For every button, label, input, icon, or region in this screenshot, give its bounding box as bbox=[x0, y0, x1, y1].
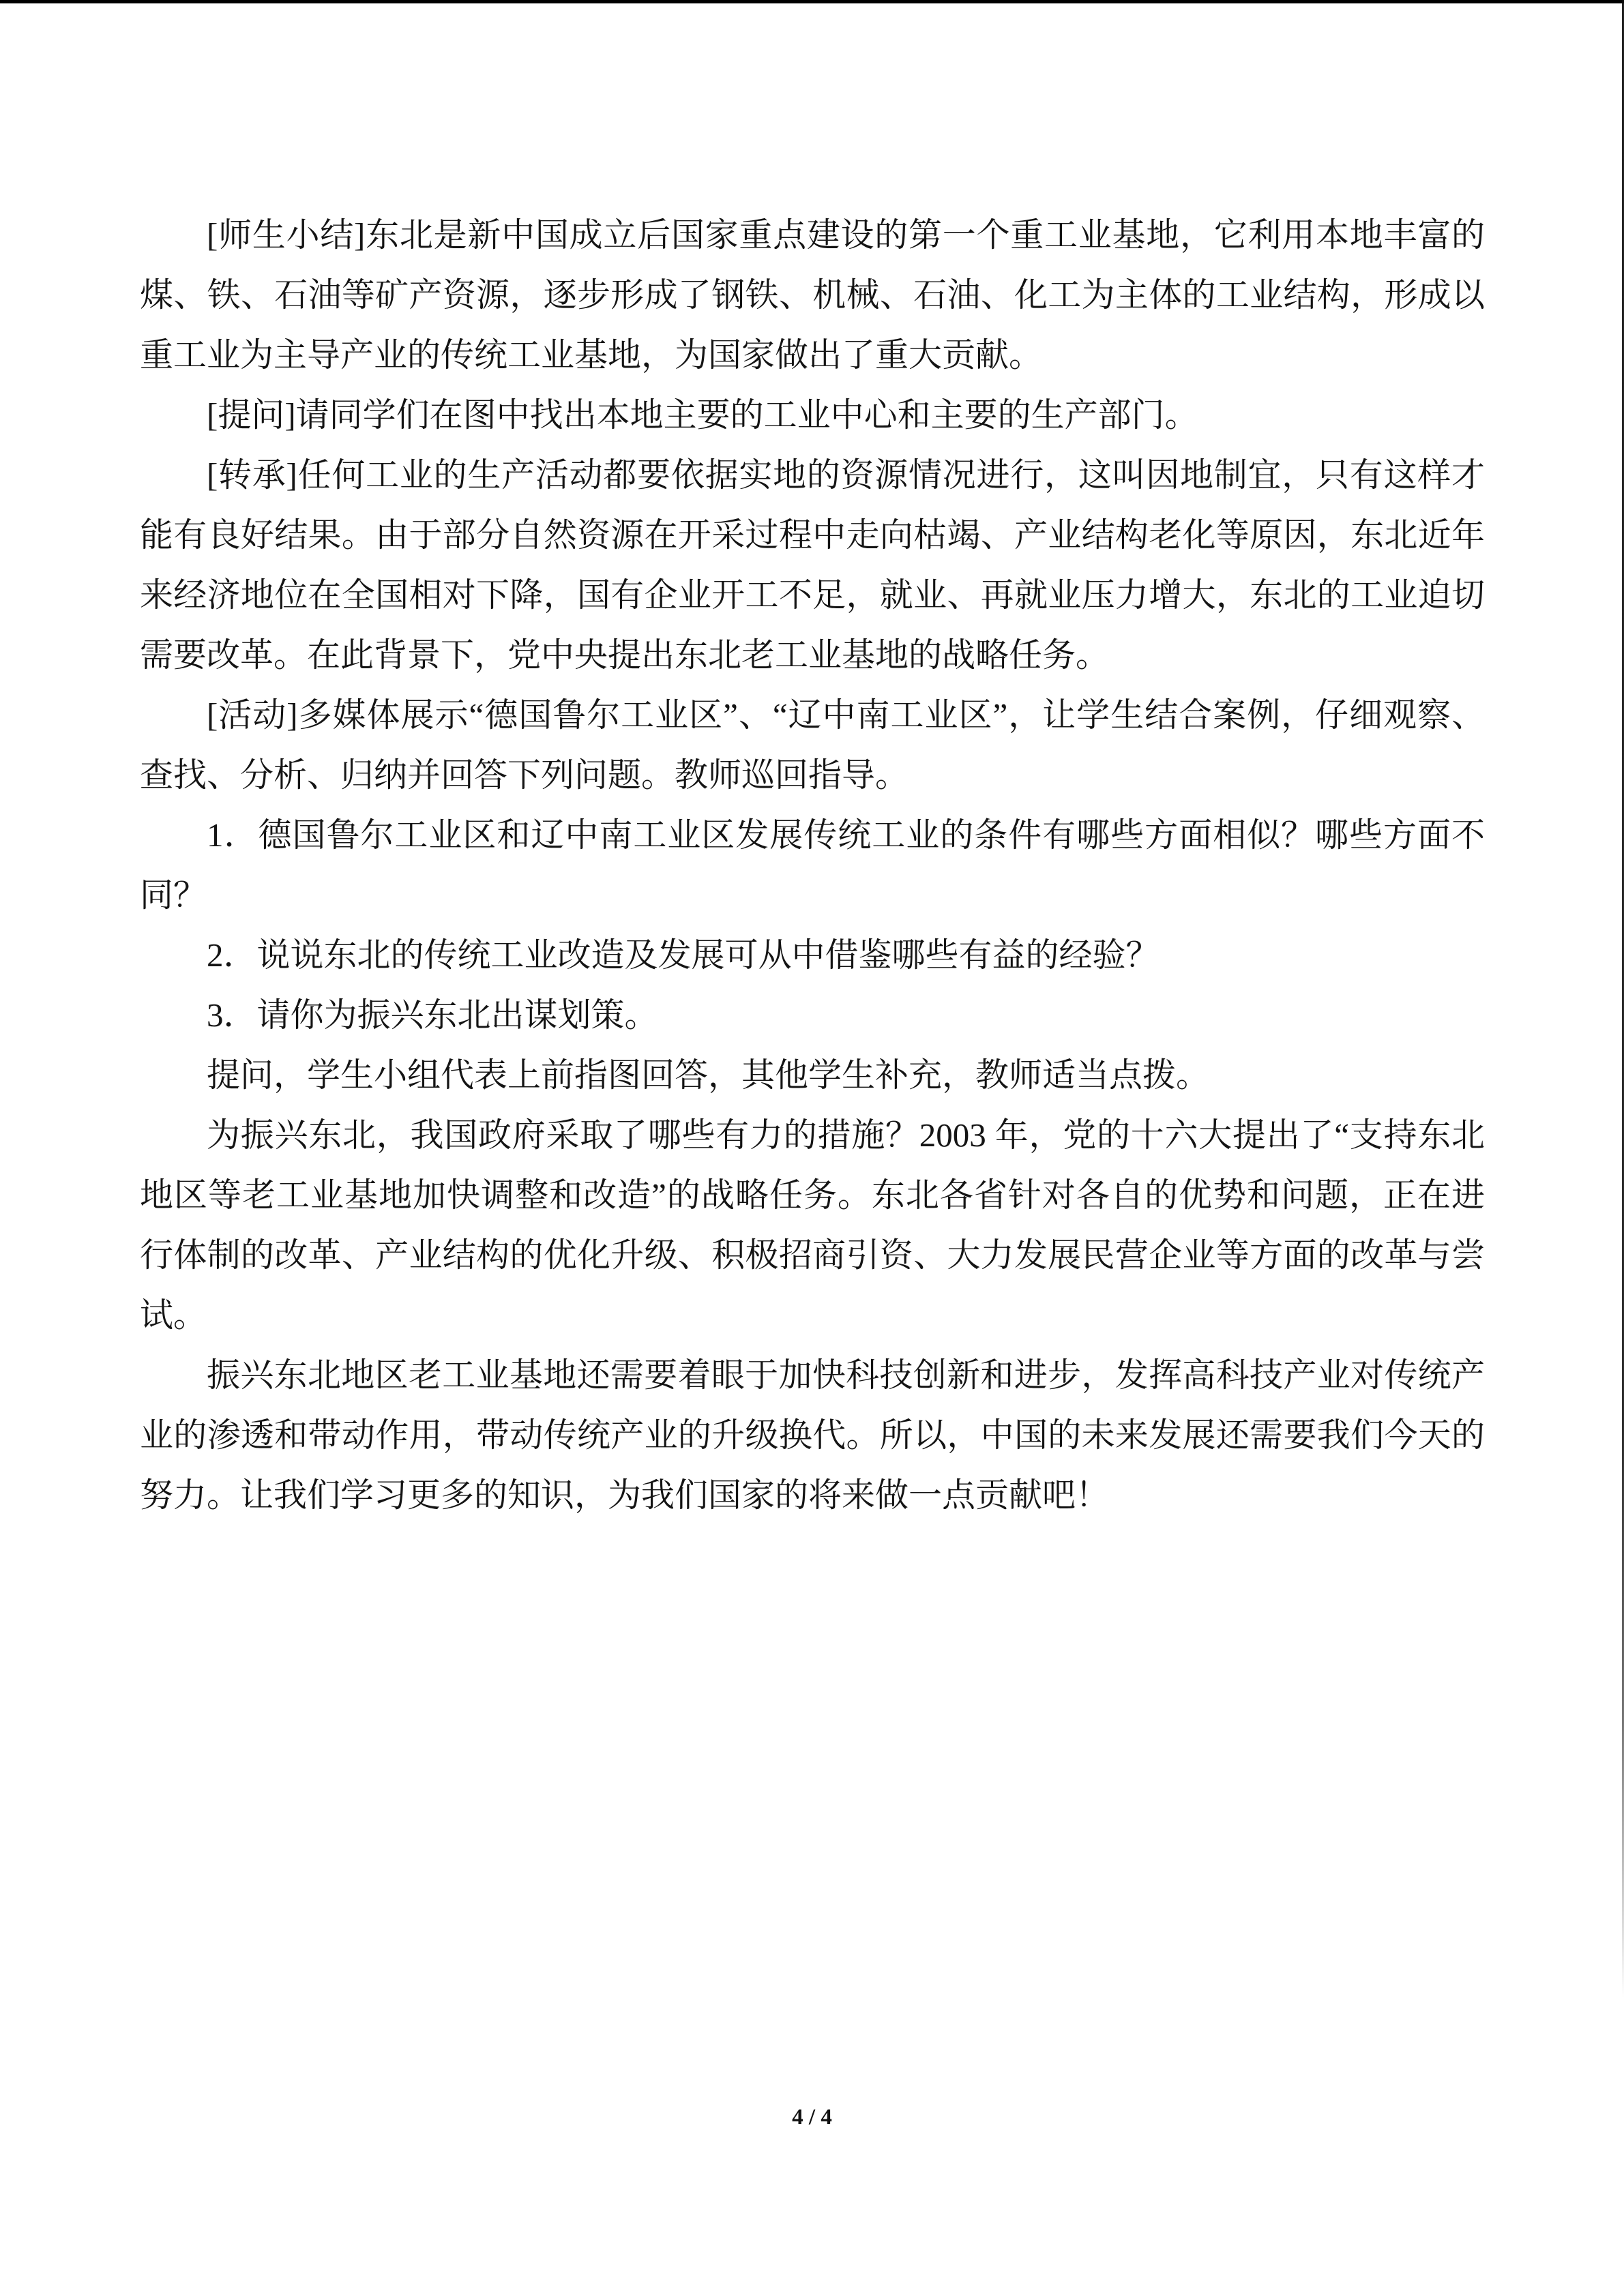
paragraph-question-prompt: [提问]请同学们在图中找出本地主要的工业中心和主要的生产部门。 bbox=[140, 385, 1485, 445]
paragraph-activity: [活动]多媒体展示“德国鲁尔工业区”、“辽中南工业区”，让学生结合案例，仔细观察… bbox=[140, 685, 1485, 805]
page-number: 4 / 4 bbox=[792, 2105, 832, 2130]
page-footer: 4 / 4 bbox=[0, 2102, 1624, 2132]
paragraph-revitalize-measures: 为振兴东北，我国政府采取了哪些有力的措施？2003 年，党的十六大提出了“支持东… bbox=[140, 1105, 1485, 1345]
paragraph-teacher-summary: [师生小结]东北是新中国成立后国家重点建设的第一个重工业基地，它利用本地丰富的煤… bbox=[140, 205, 1485, 385]
paragraph-question-3: 3．请你为振兴东北出谋划策。 bbox=[140, 985, 1485, 1045]
scan-artifact-top-edge bbox=[0, 0, 1624, 3]
document-body: [师生小结]东北是新中国成立后国家重点建设的第一个重工业基地，它利用本地丰富的煤… bbox=[140, 205, 1485, 1525]
paragraph-closing: 振兴东北地区老工业基地还需要着眼于加快科技创新和进步，发挥高科技产业对传统产业的… bbox=[140, 1345, 1485, 1525]
paragraph-transition: [转承]任何工业的生产活动都要依据实地的资源情况进行，这叫因地制宜，只有这样才能… bbox=[140, 445, 1485, 685]
paragraph-question-1: 1．德国鲁尔工业区和辽中南工业区发展传统工业的条件有哪些方面相似？哪些方面不同？ bbox=[140, 805, 1485, 925]
paragraph-ask-students: 提问，学生小组代表上前指图回答，其他学生补充，教师适当点拨。 bbox=[140, 1045, 1485, 1105]
paragraph-question-2: 2．说说东北的传统工业改造及发展可从中借鉴哪些有益的经验？ bbox=[140, 925, 1485, 985]
document-page: [师生小结]东北是新中国成立后国家重点建设的第一个重工业基地，它利用本地丰富的煤… bbox=[0, 0, 1624, 2296]
